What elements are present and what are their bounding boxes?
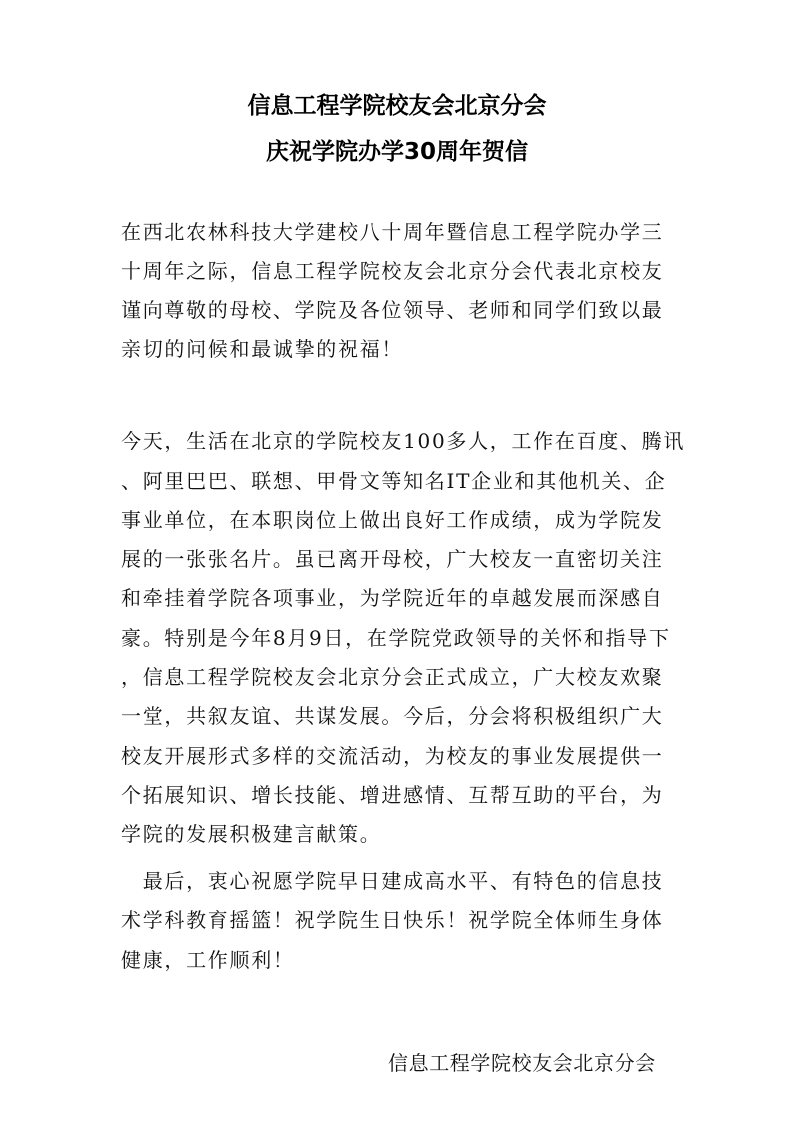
- text-line: 展的一张张名片。虽已离开母校，广大校友一直密切关注: [121, 546, 681, 572]
- title-line-1: 信息工程学院校友会北京分会: [0, 91, 794, 121]
- text-line: 术学科教育摇篮！祝学院生日快乐！祝学院全体师生身体: [121, 907, 681, 933]
- text-line: 豪。特别是今年8月9日，在学院党政领导的关怀和指导下: [121, 625, 681, 651]
- text-line: 在西北农林科技大学建校八十周年暨信息工程学院办学三: [121, 219, 681, 245]
- signature: 信息工程学院校友会北京分会: [388, 1050, 656, 1076]
- text-line: 学院的发展积极建言献策。: [121, 821, 681, 847]
- text-line: 和牵挂着学院各项事业，为学院近年的卓越发展而深感自: [121, 585, 681, 611]
- text-line: 事业单位，在本职岗位上做出良好工作成绩，成为学院发: [121, 507, 681, 533]
- text-line: 今天，生活在北京的学院校友100多人，工作在百度、腾讯: [121, 428, 681, 454]
- text-line: ，信息工程学院校友会北京分会正式成立，广大校友欢聚: [121, 664, 681, 690]
- text-line: 亲切的问候和最诚挚的祝福！: [121, 336, 681, 362]
- text-line: 一堂，共叙友谊、共谋发展。今后，分会将积极组织广大: [121, 703, 681, 729]
- text-line: 最后，衷心祝愿学院早日建成高水平、有特色的信息技: [121, 868, 681, 894]
- text-line: 十周年之际，信息工程学院校友会北京分会代表北京校友: [121, 258, 681, 284]
- text-line: 健康，工作顺利！: [121, 947, 681, 973]
- text-line: 个拓展知识、增长技能、增进感情、互帮互助的平台，为: [121, 782, 681, 808]
- text-line: 、阿里巴巴、联想、甲骨文等知名IT企业和其他机关、企: [121, 468, 681, 494]
- text-line: 谨向尊敬的母校、学院及各位领导、老师和同学们致以最: [121, 297, 681, 323]
- title-line-2: 庆祝学院办学30周年贺信: [0, 137, 794, 167]
- text-line: 校友开展形式多样的交流活动，为校友的事业发展提供一: [121, 743, 681, 769]
